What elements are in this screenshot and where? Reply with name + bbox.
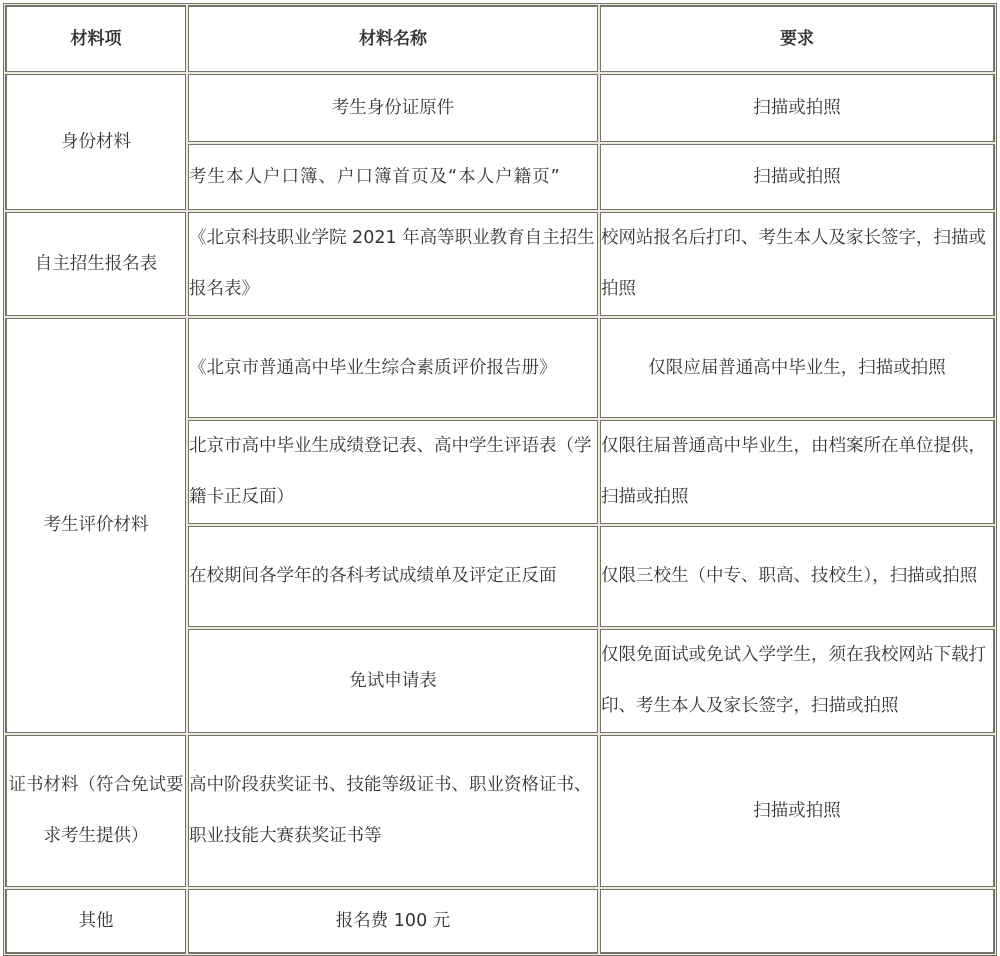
table-row: 考生评价材料 《北京市普通高中毕业生综合素质评价报告册》 仅限应届普通高中毕业生…: [5, 317, 995, 419]
header-item: 材料项: [5, 5, 187, 73]
requirement-cell: [599, 888, 995, 954]
name-cell: 北京市高中毕业生成绩登记表、高中学生评语表（学籍卡正反面）: [187, 419, 599, 525]
name-cell: 考生本人户口簿、户口簿首页及“本人户籍页”: [187, 143, 599, 211]
item-cell: 身份材料: [5, 73, 187, 211]
name-cell: 在校期间各学年的各科考试成绩单及评定正反面: [187, 525, 599, 628]
requirement-cell: 扫描或拍照: [599, 73, 995, 143]
item-cell: 证书材料（符合免试要求考生提供）: [5, 734, 187, 888]
requirement-cell: 仅限应届普通高中毕业生，扫描或拍照: [599, 317, 995, 419]
table-row: 证书材料（符合免试要求考生提供） 高中阶段获奖证书、技能等级证书、职业资格证书、…: [5, 734, 995, 888]
table-header-row: 材料项 材料名称 要求: [5, 5, 995, 73]
requirement-cell: 仅限三校生（中专、职高、技校生），扫描或拍照: [599, 525, 995, 628]
name-cell: 《北京市普通高中毕业生综合素质评价报告册》: [187, 317, 599, 419]
requirement-cell: 仅限往届普通高中毕业生，由档案所在单位提供，扫描或拍照: [599, 419, 995, 525]
item-cell: 自主招生报名表: [5, 211, 187, 317]
name-cell: 免试申请表: [187, 628, 599, 734]
name-cell: 考生身份证原件: [187, 73, 599, 143]
item-cell: 考生评价材料: [5, 317, 187, 734]
materials-table: 材料项 材料名称 要求 身份材料 考生身份证原件 扫描或拍照 考生本人户口簿、户…: [3, 3, 997, 954]
table-row: 身份材料 考生身份证原件 扫描或拍照: [5, 73, 995, 143]
name-cell: 报名费 100 元: [187, 888, 599, 954]
requirement-cell: 校网站报名后打印、考生本人及家长签字，扫描或拍照: [599, 211, 995, 317]
requirement-cell: 仅限免面试或免试入学学生，须在我校网站下载打印、考生本人及家长签字，扫描或拍照: [599, 628, 995, 734]
requirement-cell: 扫描或拍照: [599, 734, 995, 888]
table-row: 其他 报名费 100 元: [5, 888, 995, 954]
item-cell: 其他: [5, 888, 187, 954]
header-requirement: 要求: [599, 5, 995, 73]
requirement-cell: 扫描或拍照: [599, 143, 995, 211]
table-row: 自主招生报名表 《北京科技职业学院 2021 年高等职业教育自主招生报名表》 校…: [5, 211, 995, 317]
name-cell: 高中阶段获奖证书、技能等级证书、职业资格证书、职业技能大赛获奖证书等: [187, 734, 599, 888]
name-cell: 《北京科技职业学院 2021 年高等职业教育自主招生报名表》: [187, 211, 599, 317]
header-name: 材料名称: [187, 5, 599, 73]
